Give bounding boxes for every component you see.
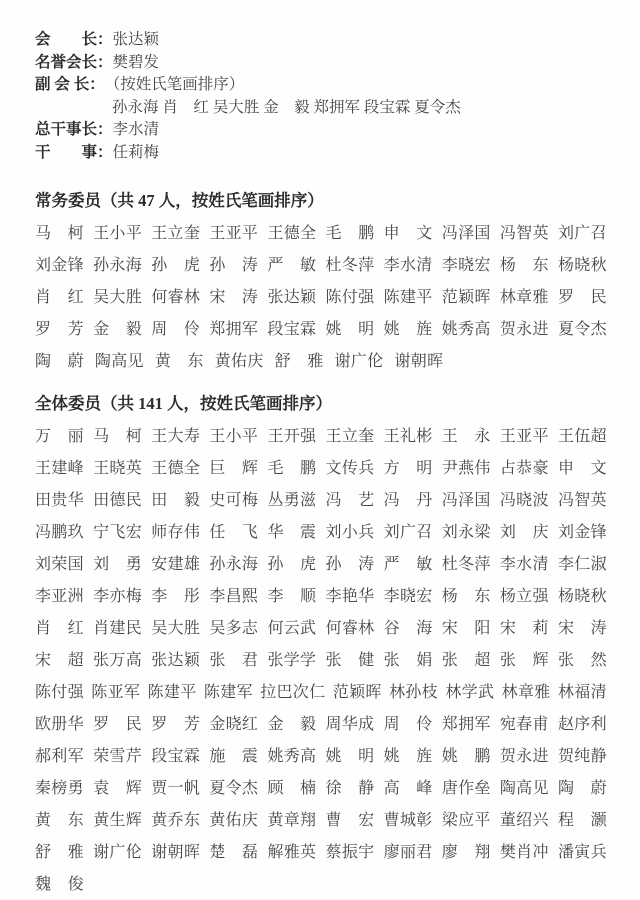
officer-line: 名誉会长：樊碧发	[35, 52, 607, 75]
member-name: 宋 阳	[442, 613, 491, 645]
member-name: 杨晓秋	[558, 250, 607, 282]
member-name: 罗 芳	[151, 709, 200, 741]
member-name: 廖 翔	[442, 837, 491, 869]
member-row: 冯鹏玖宁飞宏师存伟任 飞华 震刘小兵刘广召刘永梁刘 庆刘金锋	[35, 517, 607, 549]
member-name: 楚 磊	[209, 837, 258, 869]
member-name: 黄 东	[155, 346, 204, 378]
member-name: 安建雄	[151, 549, 200, 581]
member-name: 陈付强	[35, 677, 84, 709]
member-name: 毛 鹏	[267, 453, 316, 485]
vice-president-names: 孙永海 肖 红 吴大胜 金 毅 郑拥军 段宝霖 夏令杰	[112, 97, 461, 120]
member-row: 宋 超张万高张达颖张 君张学学张 健张 娟张 超张 辉张 然	[35, 645, 607, 677]
member-name: 刘广召	[384, 517, 433, 549]
member-name: 王立奎	[326, 421, 375, 453]
member-name: 唐作垒	[442, 773, 491, 805]
member-row: 陈付强陈亚军陈建平陈建军拉巴次仁范颖晖林孙枝林学武林章雅林福清	[35, 677, 607, 709]
member-name: 黄章翔	[267, 805, 316, 837]
officer-line: 副 会 长：（按姓氏笔画排序）	[35, 74, 607, 97]
member-name: 孙永海	[93, 250, 142, 282]
member-name: 陶 蔚	[35, 346, 84, 378]
member-name: 秦榜勇	[35, 773, 84, 805]
member-name: 孙永海	[209, 549, 258, 581]
member-name: 宁飞宏	[93, 517, 142, 549]
member-name: 张 娟	[384, 645, 433, 677]
member-name: 孙 虎	[267, 549, 316, 581]
member-name: 李艳华	[326, 581, 375, 613]
member-row: 欧册华罗 民罗 芳金晓红金 毅周华成周 伶郑拥军宛春甫赵序利	[35, 709, 607, 741]
member-name: 尹燕伟	[442, 453, 491, 485]
member-name: 刘永梁	[442, 517, 491, 549]
member-name: 罗 芳	[35, 314, 84, 346]
member-name: 谷 海	[384, 613, 433, 645]
member-name: 张万高	[93, 645, 142, 677]
member-name: 巨 辉	[209, 453, 258, 485]
member-name: 马 柯	[93, 421, 142, 453]
member-name: 何云武	[267, 613, 316, 645]
member-name: 吴大胜	[93, 282, 142, 314]
member-name: 何睿林	[326, 613, 375, 645]
member-name: 王德全	[267, 218, 316, 250]
officer-line: 总干事长：李水清	[35, 119, 607, 142]
member-name: 荣雪芹	[93, 741, 142, 773]
member-name: 段宝霖	[267, 314, 316, 346]
member-name: 文传兵	[326, 453, 375, 485]
member-row: 王建峰王晓英王德全巨 辉毛 鹏文传兵方 明尹燕伟占恭豪申 文	[35, 453, 607, 485]
member-name: 王德全	[151, 453, 200, 485]
member-name: 宋 超	[35, 645, 84, 677]
member-name: 赵序利	[558, 709, 607, 741]
member-name: 郑拥军	[442, 709, 491, 741]
member-name: 曹 宏	[326, 805, 375, 837]
member-name: 蔡振宇	[326, 837, 375, 869]
member-name: 吴多志	[209, 613, 258, 645]
member-name: 严 敏	[384, 549, 433, 581]
member-name: 冯智英	[558, 485, 607, 517]
member-name: 毛 鹏	[326, 218, 375, 250]
member-name: 王小平	[93, 218, 142, 250]
member-name: 冯 艺	[326, 485, 375, 517]
member-name: 谢广伦	[335, 346, 384, 378]
member-name: 金 毅	[267, 709, 316, 741]
member-name: 肖建民	[93, 613, 142, 645]
member-name: 史可梅	[209, 485, 258, 517]
member-name: 罗 民	[558, 282, 607, 314]
member-name: 林福清	[558, 677, 607, 709]
member-row: 田贵华田德民田 毅史可梅丛勇滋冯 艺冯 丹冯泽国冯晓波冯智英	[35, 485, 607, 517]
member-name: 刘 勇	[93, 549, 142, 581]
member-rows: 马 柯王小平王立奎王亚平王德全毛 鹏申 文冯泽国冯智英刘广召刘金锋孙永海孙 虎孙…	[35, 218, 607, 378]
officer-role-label: 会 长：	[35, 29, 113, 52]
member-name: 杜冬萍	[442, 549, 491, 581]
officer-role-label: 总干事长：	[35, 119, 113, 142]
member-name: 王小平	[209, 421, 258, 453]
member-row: 魏 俊	[35, 869, 607, 900]
member-name: 肖 红	[35, 613, 84, 645]
member-name: 杨晓秋	[558, 581, 607, 613]
member-name: 姚秀高	[267, 741, 316, 773]
member-name: 徐 静	[326, 773, 375, 805]
member-name: 杨 东	[442, 581, 491, 613]
member-row: 肖 红肖建民吴大胜吴多志何云武何睿林谷 海宋 阳宋 莉宋 涛	[35, 613, 607, 645]
member-name: 陈建军	[204, 677, 253, 709]
member-row: 李亚洲李亦梅李 彤李昌熙李 顺李艳华李晓宏杨 东杨立强杨晓秋	[35, 581, 607, 613]
member-name: 张 超	[442, 645, 491, 677]
member-name: 黄乔东	[151, 805, 200, 837]
member-name: 郑拥军	[209, 314, 258, 346]
member-name: 林章雅	[500, 282, 549, 314]
member-name: 董绍兴	[500, 805, 549, 837]
member-name: 李亚洲	[35, 581, 84, 613]
member-row: 万 丽马 柯王大寿王小平王开强王立奎王礼彬王 永王亚平王伍超	[35, 421, 607, 453]
section-title: 常务委员（共 47 人，按姓氏笔画排序）	[35, 189, 607, 213]
member-name: 刘荣国	[35, 549, 84, 581]
member-name: 杜冬萍	[326, 250, 375, 282]
member-name: 夏令杰	[209, 773, 258, 805]
member-name: 段宝霖	[151, 741, 200, 773]
member-section: 常务委员（共 47 人，按姓氏笔画排序）马 柯王小平王立奎王亚平王德全毛 鹏申 …	[35, 189, 607, 378]
officer-role-label: 干 事：	[35, 142, 113, 165]
member-name: 程 灏	[558, 805, 607, 837]
member-name: 王晓英	[93, 453, 142, 485]
member-name: 师存伟	[151, 517, 200, 549]
member-name: 冯鹏玖	[35, 517, 84, 549]
member-name: 马 柯	[35, 218, 84, 250]
member-name: 贾一帆	[151, 773, 200, 805]
member-name: 姚秀高	[442, 314, 491, 346]
member-name: 潘寅兵	[558, 837, 607, 869]
member-name: 陶 蔚	[558, 773, 607, 805]
member-name: 袁 辉	[93, 773, 142, 805]
member-name: 欧册华	[35, 709, 84, 741]
member-name: 王建峰	[35, 453, 84, 485]
member-name: 周华成	[326, 709, 375, 741]
member-name: 张 君	[209, 645, 258, 677]
member-name: 黄佑庆	[209, 805, 258, 837]
member-name: 魏 俊	[35, 869, 84, 900]
member-name: 曹城彰	[384, 805, 433, 837]
member-name: 万 丽	[35, 421, 84, 453]
member-name: 范颖晖	[333, 677, 382, 709]
officer-name: 任莉梅	[113, 142, 160, 165]
member-name: 廖丽君	[384, 837, 433, 869]
member-name: 田德民	[93, 485, 142, 517]
member-name: 顾 楠	[267, 773, 316, 805]
member-name: 杨 东	[500, 250, 549, 282]
member-name: 谢朝晖	[394, 346, 443, 378]
member-name: 刘广召	[558, 218, 607, 250]
member-row: 陶 蔚陶高见黄 东黄佑庆舒 雅谢广伦谢朝晖	[35, 346, 607, 378]
member-name: 宛春甫	[500, 709, 549, 741]
member-name: 李水清	[384, 250, 433, 282]
member-name: 施 震	[209, 741, 258, 773]
member-name: 拉巴次仁	[260, 677, 325, 709]
member-name: 李昌熙	[209, 581, 258, 613]
member-name: 樊肖冲	[500, 837, 549, 869]
member-name: 张 然	[558, 645, 607, 677]
member-name: 陶高见	[95, 346, 144, 378]
member-name: 冯晓波	[500, 485, 549, 517]
member-name: 华 震	[267, 517, 316, 549]
member-name: 李晓宏	[442, 250, 491, 282]
member-name: 王亚平	[209, 218, 258, 250]
member-name: 李晓宏	[384, 581, 433, 613]
member-name: 张 辉	[500, 645, 549, 677]
member-row: 秦榜勇袁 辉贾一帆夏令杰顾 楠徐 静高 峰唐作垒陶高见陶 蔚	[35, 773, 607, 805]
member-name: 张达颖	[267, 282, 316, 314]
member-name: 冯泽国	[442, 485, 491, 517]
member-name: 张 健	[326, 645, 375, 677]
member-name: 姚 明	[326, 314, 375, 346]
member-name: 宋 莉	[500, 613, 549, 645]
member-name: 李仁淑	[558, 549, 607, 581]
member-name: 王立奎	[151, 218, 200, 250]
member-name: 周 伶	[384, 709, 433, 741]
member-name: 黄佑庆	[215, 346, 264, 378]
member-row: 黄 东黄生辉黄乔东黄佑庆黄章翔曹 宏曹城彰梁应平董绍兴程 灏	[35, 805, 607, 837]
member-name: 任 飞	[209, 517, 258, 549]
member-name: 吴大胜	[151, 613, 200, 645]
member-name: 方 明	[384, 453, 433, 485]
member-name: 夏令杰	[558, 314, 607, 346]
officer-role-label: 副 会 长：	[35, 74, 105, 97]
member-name: 田贵华	[35, 485, 84, 517]
member-section: 全体委员（共 141 人，按姓氏笔画排序）万 丽马 柯王大寿王小平王开强王立奎王…	[35, 392, 607, 900]
officer-line: 会 长：张达颖	[35, 29, 607, 52]
member-name: 陈亚军	[91, 677, 140, 709]
section-title: 全体委员（共 141 人，按姓氏笔画排序）	[35, 392, 607, 416]
member-row: 罗 芳金 毅周 伶郑拥军段宝霖姚 明姚 旌姚秀高贺永进夏令杰	[35, 314, 607, 346]
member-name: 舒 雅	[35, 837, 84, 869]
member-name: 贺永进	[500, 314, 549, 346]
member-row: 刘金锋孙永海孙 虎孙 涛严 敏杜冬萍李水清李晓宏杨 东杨晓秋	[35, 250, 607, 282]
member-name: 陈付强	[326, 282, 375, 314]
officer-line: 孙永海 肖 红 吴大胜 金 毅 郑拥军 段宝霖 夏令杰	[35, 97, 607, 120]
member-name: 王 永	[442, 421, 491, 453]
member-rows: 万 丽马 柯王大寿王小平王开强王立奎王礼彬王 永王亚平王伍超王建峰王晓英王德全巨…	[35, 421, 607, 900]
member-name: 梁应平	[442, 805, 491, 837]
member-name: 田 毅	[151, 485, 200, 517]
member-name: 谢广伦	[93, 837, 142, 869]
member-name: 黄生辉	[93, 805, 142, 837]
member-name: 姚 旌	[384, 314, 433, 346]
member-name: 张达颖	[151, 645, 200, 677]
member-name: 丛勇滋	[267, 485, 316, 517]
member-name: 冯智英	[500, 218, 549, 250]
member-name: 金 毅	[93, 314, 142, 346]
member-name: 王大寿	[151, 421, 200, 453]
member-name: 舒 雅	[275, 346, 324, 378]
member-name: 宋 涛	[558, 613, 607, 645]
officer-list: 会 长：张达颖名誉会长：樊碧发副 会 长：（按姓氏笔画排序）孙永海 肖 红 吴大…	[35, 29, 607, 164]
officer-name: 李水清	[113, 119, 160, 142]
member-name: 申 文	[384, 218, 433, 250]
member-sections: 常务委员（共 47 人，按姓氏笔画排序）马 柯王小平王立奎王亚平王德全毛 鹏申 …	[35, 189, 607, 900]
member-name: 孙 涛	[209, 250, 258, 282]
member-name: 李 顺	[267, 581, 316, 613]
committee-roster-document: 会 长：张达颖名誉会长：樊碧发副 会 长：（按姓氏笔画排序）孙永海 肖 红 吴大…	[0, 0, 640, 900]
member-name: 刘 庆	[500, 517, 549, 549]
officer-role-label: 名誉会长：	[35, 52, 113, 75]
member-name: 刘小兵	[326, 517, 375, 549]
member-name: 谢朝晖	[151, 837, 200, 869]
member-name: 刘金锋	[35, 250, 84, 282]
member-name: 林学武	[445, 677, 494, 709]
member-name: 何睿林	[151, 282, 200, 314]
member-name: 杨立强	[500, 581, 549, 613]
member-name: 郝利军	[35, 741, 84, 773]
member-name: 林章雅	[502, 677, 551, 709]
member-name: 姚 鹏	[442, 741, 491, 773]
member-name: 宋 涛	[209, 282, 258, 314]
officer-name: （按姓氏笔画排序）	[105, 74, 245, 97]
member-row: 刘荣国刘 勇安建雄孙永海孙 虎孙 涛严 敏杜冬萍李水清李仁淑	[35, 549, 607, 581]
member-name: 黄 东	[35, 805, 84, 837]
member-name: 冯 丹	[384, 485, 433, 517]
member-name: 孙 虎	[151, 250, 200, 282]
member-name: 李亦梅	[93, 581, 142, 613]
member-name: 姚 明	[326, 741, 375, 773]
member-name: 范颖晖	[442, 282, 491, 314]
member-name: 周 伶	[151, 314, 200, 346]
member-name: 李 彤	[151, 581, 200, 613]
member-name: 申 文	[558, 453, 607, 485]
officer-line: 干 事：任莉梅	[35, 142, 607, 165]
member-name: 林孙枝	[389, 677, 438, 709]
member-name: 张学学	[267, 645, 316, 677]
member-name: 王亚平	[500, 421, 549, 453]
member-name: 金晓红	[209, 709, 258, 741]
officer-name: 樊碧发	[113, 52, 160, 75]
member-name: 陶高见	[500, 773, 549, 805]
member-name: 刘金锋	[558, 517, 607, 549]
member-row: 肖 红吴大胜何睿林宋 涛张达颖陈付强陈建平范颖晖林章雅罗 民	[35, 282, 607, 314]
member-row: 郝利军荣雪芹段宝霖施 震姚秀高姚 明姚 旌姚 鹏贺永进贺纯静	[35, 741, 607, 773]
member-row: 舒 雅谢广伦谢朝晖楚 磊解雅英蔡振宇廖丽君廖 翔樊肖冲潘寅兵	[35, 837, 607, 869]
member-name: 高 峰	[384, 773, 433, 805]
member-name: 陈建平	[148, 677, 197, 709]
member-name: 肖 红	[35, 282, 84, 314]
member-name: 贺纯静	[558, 741, 607, 773]
member-name: 王开强	[267, 421, 316, 453]
member-name: 李水清	[500, 549, 549, 581]
member-name: 姚 旌	[384, 741, 433, 773]
member-name: 王礼彬	[384, 421, 433, 453]
member-name: 王伍超	[558, 421, 607, 453]
member-name: 罗 民	[93, 709, 142, 741]
member-name: 严 敏	[267, 250, 316, 282]
officer-name: 张达颖	[113, 29, 160, 52]
member-name: 解雅英	[267, 837, 316, 869]
member-name: 占恭豪	[500, 453, 549, 485]
member-name: 贺永进	[500, 741, 549, 773]
member-name: 孙 涛	[326, 549, 375, 581]
member-name: 冯泽国	[442, 218, 491, 250]
member-row: 马 柯王小平王立奎王亚平王德全毛 鹏申 文冯泽国冯智英刘广召	[35, 218, 607, 250]
member-name: 陈建平	[384, 282, 433, 314]
